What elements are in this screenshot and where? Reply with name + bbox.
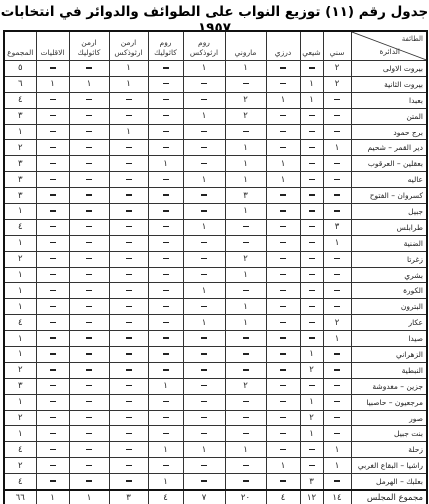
- cell-minorities: [36, 251, 69, 267]
- cell-greek-catholic: [148, 219, 183, 235]
- cell-armenian-catholic: [69, 219, 109, 235]
- cell-minorities: [36, 156, 69, 172]
- cell-armenian-catholic: [69, 410, 109, 426]
- cell-maronite: [225, 458, 266, 474]
- cell-minorities: [36, 426, 69, 442]
- cell-greek-orthodox: ١: [183, 315, 225, 331]
- empty-dash: [126, 322, 132, 323]
- empty-dash: [126, 242, 132, 243]
- col-header-greek-orthodox: رومارثوذكس: [183, 31, 225, 61]
- district-name: كسروان – الفتوح: [351, 188, 427, 204]
- empty-dash: [86, 67, 92, 68]
- cell-maronite: ١: [225, 315, 266, 331]
- empty-dash: [163, 337, 169, 338]
- empty-dash: [280, 417, 286, 418]
- cell-greek-catholic: [148, 188, 183, 204]
- cell-maronite: ١: [225, 156, 266, 172]
- cell-armenian-catholic: [69, 426, 109, 442]
- empty-dash: [280, 67, 286, 68]
- empty-dash: [50, 226, 56, 227]
- cell-armenian-orthodox: [109, 140, 148, 156]
- empty-dash: [86, 322, 92, 323]
- empty-dash: [201, 369, 207, 370]
- empty-dash: [50, 67, 56, 68]
- cell-armenian-orthodox: [109, 378, 148, 394]
- cell-armenian-orthodox: [109, 235, 148, 251]
- empty-dash: [50, 433, 56, 434]
- empty-dash: [280, 322, 286, 323]
- cell-total: ٢: [4, 251, 36, 267]
- empty-dash: [309, 131, 315, 132]
- empty-dash: [334, 179, 340, 180]
- table-row: كسروان – الفتوح٣٣: [4, 188, 427, 204]
- empty-dash: [309, 385, 315, 386]
- cell-armenian-orthodox: [109, 188, 148, 204]
- cell-minorities: [36, 378, 69, 394]
- empty-dash: [309, 306, 315, 307]
- empty-dash: [50, 480, 56, 481]
- empty-dash: [50, 115, 56, 116]
- empty-dash: [50, 210, 56, 211]
- table-row: بعقلين – العرقوب١١١٣: [4, 156, 427, 172]
- cell-maronite: ٢: [225, 251, 266, 267]
- cell-total: ١: [4, 283, 36, 299]
- cell-druze: [266, 362, 300, 378]
- district-name: عكار: [351, 315, 427, 331]
- empty-dash: [86, 449, 92, 450]
- empty-dash: [86, 210, 92, 211]
- cell-greek-catholic: [148, 251, 183, 267]
- table-row: الكورة١١: [4, 283, 427, 299]
- deputies-distribution-table: الطائفة الدائرة سني شيعي درزي ماروني روم…: [3, 30, 428, 504]
- cell-greek-orthodox: ٧: [183, 490, 225, 504]
- empty-dash: [309, 147, 315, 148]
- empty-dash: [201, 401, 207, 402]
- cell-armenian-orthodox: [109, 204, 148, 220]
- table-row: عاليه١١١٣: [4, 172, 427, 188]
- empty-dash: [309, 179, 315, 180]
- cell-greek-catholic: ١: [148, 378, 183, 394]
- cell-total: ٣: [4, 378, 36, 394]
- district-name: بنت جبيل: [351, 426, 427, 442]
- cell-maronite: [225, 474, 266, 490]
- cell-greek-catholic: ١: [148, 442, 183, 458]
- table-row: بنت جبيل١١: [4, 426, 427, 442]
- empty-dash: [163, 67, 169, 68]
- empty-dash: [163, 353, 169, 354]
- cell-greek-catholic: [148, 108, 183, 124]
- empty-dash: [163, 115, 169, 116]
- empty-dash: [50, 322, 56, 323]
- table-row: المتن٢١٣: [4, 108, 427, 124]
- cell-greek-orthodox: [183, 426, 225, 442]
- cell-sunni: ١: [323, 331, 351, 347]
- cell-armenian-catholic: [69, 299, 109, 315]
- cell-druze: [266, 299, 300, 315]
- district-axis-label: الدائرة: [379, 47, 400, 57]
- cell-druze: [266, 108, 300, 124]
- cell-minorities: ١: [36, 490, 69, 504]
- col-header-total: المجموع: [4, 31, 36, 61]
- district-name: راشيا – البقاع الغربي: [351, 458, 427, 474]
- cell-greek-orthodox: [183, 235, 225, 251]
- empty-dash: [334, 306, 340, 307]
- cell-greek-orthodox: [183, 156, 225, 172]
- empty-dash: [50, 449, 56, 450]
- cell-total: ١: [4, 124, 36, 140]
- cell-greek-catholic: [148, 347, 183, 363]
- empty-dash: [243, 131, 249, 132]
- cell-greek-orthodox: [183, 458, 225, 474]
- col-header-maronite: ماروني: [225, 31, 266, 61]
- empty-dash: [309, 67, 315, 68]
- cell-sunni: [323, 426, 351, 442]
- cell-armenian-catholic: [69, 362, 109, 378]
- cell-armenian-catholic: [69, 283, 109, 299]
- cell-minorities: ١: [36, 76, 69, 92]
- empty-dash: [50, 242, 56, 243]
- cell-sunni: ١: [323, 458, 351, 474]
- empty-dash: [126, 290, 132, 291]
- cell-total: ٢: [4, 140, 36, 156]
- empty-dash: [201, 417, 207, 418]
- cell-greek-orthodox: [183, 76, 225, 92]
- cell-shia: [300, 458, 323, 474]
- empty-dash: [243, 401, 249, 402]
- cell-shia: ٢: [300, 362, 323, 378]
- table-row: جزين – مغدوشة٢١٣: [4, 378, 427, 394]
- cell-druze: [266, 204, 300, 220]
- cell-total: ٦٦: [4, 490, 36, 504]
- empty-dash: [126, 417, 132, 418]
- empty-dash: [86, 433, 92, 434]
- cell-sunni: ١: [323, 235, 351, 251]
- cell-druze: [266, 347, 300, 363]
- cell-greek-catholic: [148, 172, 183, 188]
- cell-greek-catholic: [148, 267, 183, 283]
- empty-dash: [280, 433, 286, 434]
- cell-druze: [266, 331, 300, 347]
- cell-maronite: ١: [225, 172, 266, 188]
- cell-minorities: [36, 92, 69, 108]
- cell-total: ٦: [4, 76, 36, 92]
- empty-dash: [163, 226, 169, 227]
- cell-druze: [266, 378, 300, 394]
- cell-sunni: [323, 204, 351, 220]
- cell-sunni: [323, 410, 351, 426]
- empty-dash: [50, 465, 56, 466]
- cell-druze: ١: [266, 458, 300, 474]
- col-header-shia: شيعي: [300, 31, 323, 61]
- cell-sunni: [323, 124, 351, 140]
- cell-minorities: [36, 140, 69, 156]
- cell-maronite: ١: [225, 299, 266, 315]
- cell-total: ٢: [4, 458, 36, 474]
- cell-shia: ١: [300, 76, 323, 92]
- cell-greek-orthodox: [183, 362, 225, 378]
- col-header-sunni: سني: [323, 31, 351, 61]
- district-name: البترون: [351, 299, 427, 315]
- cell-greek-catholic: [148, 394, 183, 410]
- empty-dash: [334, 210, 340, 211]
- cell-shia: [300, 235, 323, 251]
- table-row: برج حمود١١: [4, 124, 427, 140]
- cell-minorities: [36, 172, 69, 188]
- empty-dash: [50, 385, 56, 386]
- cell-sunni: ٣: [323, 219, 351, 235]
- cell-druze: [266, 76, 300, 92]
- cell-maronite: [225, 331, 266, 347]
- district-name: عاليه: [351, 172, 427, 188]
- cell-minorities: [36, 410, 69, 426]
- cell-minorities: [36, 331, 69, 347]
- empty-dash: [50, 194, 56, 195]
- district-name: برج حمود: [351, 124, 427, 140]
- empty-dash: [334, 417, 340, 418]
- cell-greek-orthodox: ١: [183, 442, 225, 458]
- empty-dash: [280, 353, 286, 354]
- cell-druze: [266, 474, 300, 490]
- empty-dash: [280, 115, 286, 116]
- empty-dash: [86, 465, 92, 466]
- cell-greek-catholic: [148, 410, 183, 426]
- empty-dash: [163, 99, 169, 100]
- district-name: الكورة: [351, 283, 427, 299]
- cell-shia: ١: [300, 92, 323, 108]
- empty-dash: [126, 179, 132, 180]
- table-row: بعلبك – الهرمل٣١٤: [4, 474, 427, 490]
- cell-sunni: ١: [323, 442, 351, 458]
- cell-greek-orthodox: ١: [183, 61, 225, 77]
- cell-druze: [266, 394, 300, 410]
- empty-dash: [50, 369, 56, 370]
- cell-sunni: ٢: [323, 315, 351, 331]
- cell-greek-orthodox: [183, 410, 225, 426]
- district-name: بيروت الثانية: [351, 76, 427, 92]
- cell-greek-orthodox: [183, 474, 225, 490]
- cell-maronite: ١: [225, 442, 266, 458]
- district-name: الزهراني: [351, 347, 427, 363]
- cell-greek-orthodox: [183, 331, 225, 347]
- empty-dash: [280, 194, 286, 195]
- table-row: بعبدا١١٢٤: [4, 92, 427, 108]
- empty-dash: [334, 274, 340, 275]
- empty-dash: [309, 290, 315, 291]
- empty-dash: [334, 99, 340, 100]
- empty-dash: [163, 465, 169, 466]
- cell-armenian-catholic: [69, 92, 109, 108]
- empty-dash: [126, 480, 132, 481]
- cell-shia: [300, 378, 323, 394]
- table-row: النبطية٢٢: [4, 362, 427, 378]
- cell-minorities: [36, 299, 69, 315]
- empty-dash: [86, 353, 92, 354]
- empty-dash: [126, 163, 132, 164]
- cell-armenian-orthodox: [109, 299, 148, 315]
- empty-dash: [243, 83, 249, 84]
- empty-dash: [243, 290, 249, 291]
- cell-minorities: [36, 442, 69, 458]
- cell-sunni: [323, 108, 351, 124]
- cell-maronite: ٢: [225, 92, 266, 108]
- table-row: الزهراني١١: [4, 347, 427, 363]
- cell-greek-catholic: [148, 315, 183, 331]
- empty-dash: [126, 465, 132, 466]
- empty-dash: [163, 369, 169, 370]
- cell-total: ٤: [4, 474, 36, 490]
- empty-dash: [86, 480, 92, 481]
- empty-dash: [163, 210, 169, 211]
- empty-dash: [280, 369, 286, 370]
- cell-total: ٤: [4, 92, 36, 108]
- cell-maronite: ١: [225, 140, 266, 156]
- empty-dash: [86, 131, 92, 132]
- cell-shia: [300, 251, 323, 267]
- cell-greek-catholic: ١: [148, 156, 183, 172]
- cell-greek-catholic: [148, 362, 183, 378]
- cell-armenian-catholic: [69, 442, 109, 458]
- empty-dash: [86, 163, 92, 164]
- cell-armenian-orthodox: [109, 219, 148, 235]
- empty-dash: [50, 353, 56, 354]
- cell-sunni: ٢: [323, 76, 351, 92]
- cell-sunni: [323, 299, 351, 315]
- district-name: زغرتا: [351, 251, 427, 267]
- empty-dash: [243, 353, 249, 354]
- district-name: بعبدا: [351, 92, 427, 108]
- empty-dash: [50, 401, 56, 402]
- cell-sunni: [323, 378, 351, 394]
- district-name: الضنية: [351, 235, 427, 251]
- empty-dash: [86, 290, 92, 291]
- cell-armenian-catholic: [69, 378, 109, 394]
- table-row: بشري١١: [4, 267, 427, 283]
- cell-armenian-catholic: [69, 156, 109, 172]
- cell-total: ١: [4, 347, 36, 363]
- empty-dash: [201, 242, 207, 243]
- cell-shia: ١: [300, 426, 323, 442]
- cell-shia: [300, 140, 323, 156]
- cell-shia: [300, 299, 323, 315]
- cell-druze: [266, 283, 300, 299]
- cell-armenian-catholic: [69, 124, 109, 140]
- cell-druze: [266, 188, 300, 204]
- cell-total: ٣: [4, 188, 36, 204]
- cell-maronite: [225, 410, 266, 426]
- cell-greek-orthodox: ١: [183, 172, 225, 188]
- empty-dash: [334, 353, 340, 354]
- cell-minorities: [36, 362, 69, 378]
- empty-dash: [280, 480, 286, 481]
- empty-dash: [280, 306, 286, 307]
- cell-sunni: [323, 362, 351, 378]
- empty-dash: [280, 242, 286, 243]
- empty-dash: [334, 369, 340, 370]
- empty-dash: [309, 258, 315, 259]
- empty-dash: [126, 226, 132, 227]
- cell-sunni: [323, 92, 351, 108]
- cell-armenian-catholic: [69, 188, 109, 204]
- cell-armenian-orthodox: [109, 410, 148, 426]
- empty-dash: [201, 131, 207, 132]
- empty-dash: [280, 385, 286, 386]
- cell-shia: [300, 61, 323, 77]
- cell-armenian-orthodox: ٣: [109, 490, 148, 504]
- empty-dash: [309, 194, 315, 195]
- cell-maronite: ١: [225, 267, 266, 283]
- cell-greek-orthodox: [183, 299, 225, 315]
- empty-dash: [201, 163, 207, 164]
- cell-minorities: [36, 347, 69, 363]
- cell-minorities: [36, 394, 69, 410]
- empty-dash: [163, 179, 169, 180]
- empty-dash: [163, 194, 169, 195]
- cell-armenian-orthodox: [109, 426, 148, 442]
- cell-total: ٤: [4, 442, 36, 458]
- cell-armenian-catholic: [69, 172, 109, 188]
- cell-minorities: [36, 458, 69, 474]
- empty-dash: [243, 337, 249, 338]
- empty-dash: [280, 147, 286, 148]
- table-row: مرجعيون – حاصبيا١١: [4, 394, 427, 410]
- cell-maronite: [225, 124, 266, 140]
- empty-dash: [126, 258, 132, 259]
- district-name: صور: [351, 410, 427, 426]
- cell-total: ٣: [4, 156, 36, 172]
- cell-druze: [266, 61, 300, 77]
- empty-dash: [280, 449, 286, 450]
- district-name: جزين – مغدوشة: [351, 378, 427, 394]
- cell-maronite: [225, 219, 266, 235]
- empty-dash: [309, 226, 315, 227]
- cell-armenian-orthodox: ١: [109, 124, 148, 140]
- table-row: صيدا١١: [4, 331, 427, 347]
- cell-greek-catholic: [148, 76, 183, 92]
- corner-header-cell: الطائفة الدائرة: [351, 31, 427, 61]
- cell-druze: [266, 410, 300, 426]
- cell-maronite: [225, 235, 266, 251]
- empty-dash: [126, 99, 132, 100]
- empty-dash: [50, 306, 56, 307]
- cell-greek-orthodox: [183, 188, 225, 204]
- cell-total: ١: [4, 394, 36, 410]
- empty-dash: [280, 83, 286, 84]
- cell-druze: ١: [266, 156, 300, 172]
- table-row: طرابلس٣١٤: [4, 219, 427, 235]
- empty-dash: [163, 306, 169, 307]
- district-name: بشري: [351, 267, 427, 283]
- empty-dash: [201, 306, 207, 307]
- table-row: الضنية١١: [4, 235, 427, 251]
- district-name: طرابلس: [351, 219, 427, 235]
- empty-dash: [126, 369, 132, 370]
- cell-total: ٥: [4, 61, 36, 77]
- cell-greek-catholic: [148, 458, 183, 474]
- district-name: دير القمر – شحيم: [351, 140, 427, 156]
- table-row: جبيل١١: [4, 204, 427, 220]
- cell-armenian-catholic: [69, 331, 109, 347]
- empty-dash: [86, 306, 92, 307]
- empty-dash: [163, 83, 169, 84]
- cell-armenian-orthodox: [109, 442, 148, 458]
- cell-total: ٢: [4, 410, 36, 426]
- cell-druze: [266, 219, 300, 235]
- table-row: بيروت الثانية٢١١١١٦: [4, 76, 427, 92]
- cell-minorities: [36, 204, 69, 220]
- empty-dash: [280, 290, 286, 291]
- empty-dash: [86, 194, 92, 195]
- cell-maronite: [225, 283, 266, 299]
